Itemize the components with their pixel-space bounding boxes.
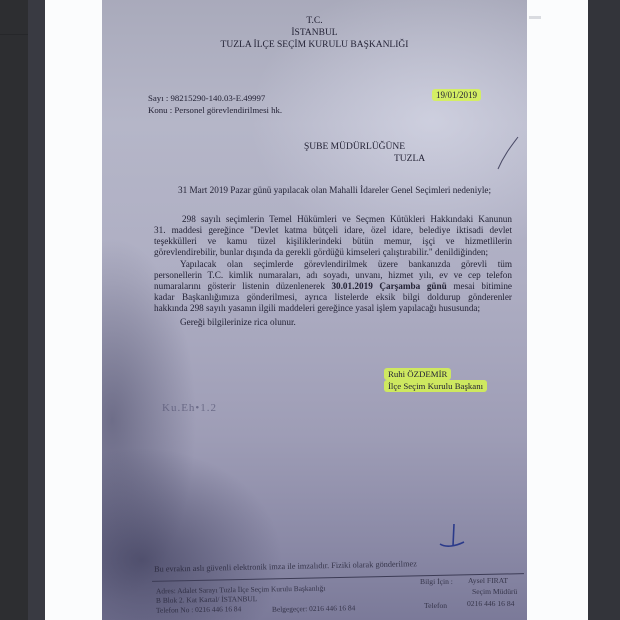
intro-line: 31 Mart 2019 Pazar günü yapılacak olan M… — [178, 185, 491, 196]
margin-mark — [529, 16, 541, 19]
signatory-title: İlçe Seçim Kurulu Başkanı — [384, 380, 487, 392]
header-country: T.C. — [102, 16, 527, 27]
recipient-line1: ŞUBE MÜDÜRLÜĞÜNE — [304, 142, 405, 153]
subject: Konu : Personel görevlendirilmesi hk. — [148, 105, 282, 116]
info-role: Seçim Müdürü — [472, 586, 517, 597]
pen-mark — [482, 135, 522, 175]
header-institution: TUZLA İLÇE SEÇİM KURULU BAŞKANLIĞI — [102, 40, 527, 51]
footer-phone: Telefon No : 0216 446 16 84 — [156, 603, 241, 615]
paragraph2-line4: kadar Başkanlığımıza gönderilmesi, ayrıc… — [154, 292, 512, 303]
info-label: Bilgi İçin : — [420, 576, 453, 587]
info-phone-value: 0216 446 16 84 — [467, 598, 514, 609]
paragraph2-line3-post: mesai bitimine — [447, 281, 512, 291]
esign-notice: Bu evrakın aslı güvenli elektronik imza … — [154, 558, 417, 575]
reference-number: Sayı : 98215290-140.03-E.49997 — [148, 93, 265, 104]
background-seam — [0, 34, 28, 35]
handwritten-note: Ku.Eh•1.2 — [162, 402, 217, 414]
paragraph2-line2: personellerin T.C. kimlik numaraları, ad… — [154, 270, 512, 281]
paragraph2-line1: Yapılacak olan seçimlerde görevlendirilm… — [180, 259, 512, 270]
info-phone-label: Telefon — [424, 600, 447, 611]
background-right — [588, 0, 620, 620]
deadline-date: 30.01.2019 Çarşamba günü — [331, 281, 446, 291]
signatory-name: Ruhi ÖZDEMİR — [384, 368, 451, 380]
footer-fax: Belgegeçer: 0216 446 16 84 — [272, 602, 356, 614]
page-margin-left — [45, 0, 102, 620]
paragraph2-line5: hakkında 298 sayılı yasanın ilgili madde… — [154, 303, 512, 314]
paragraph1-line3: teşekkülleri ve kamu tüzel kişiliklerind… — [154, 236, 512, 247]
recipient-line2: TUZLA — [394, 154, 425, 165]
background-left — [0, 0, 28, 620]
paragraph2-line3-pre: numaralarını gösterir listenin düzenlene… — [154, 281, 331, 291]
scanned-document: T.C. İSTANBUL TUZLA İLÇE SEÇİM KURULU BA… — [102, 0, 527, 620]
info-name: Aysel FIRAT — [468, 575, 508, 586]
closing-line: Gereği bilgilerinize rica olunur. — [180, 317, 296, 328]
document-date: 19/01/2019 — [432, 89, 481, 101]
paragraph2-line3: numaralarını gösterir listenin düzenlene… — [154, 281, 512, 292]
paragraph1-line2: 31. maddesi gereğince "Devlet katma bütç… — [154, 225, 512, 236]
header-city: İSTANBUL — [102, 28, 527, 39]
signature-scribble — [432, 522, 472, 556]
paragraph1-line4: görevlendirebilir, bunlar dışında da ger… — [154, 247, 512, 258]
paragraph1-line1: 298 sayılı seçimlerin Temel Hükümleri ve… — [182, 214, 512, 225]
page-margin-right — [527, 0, 588, 620]
background-left-band — [28, 0, 45, 620]
